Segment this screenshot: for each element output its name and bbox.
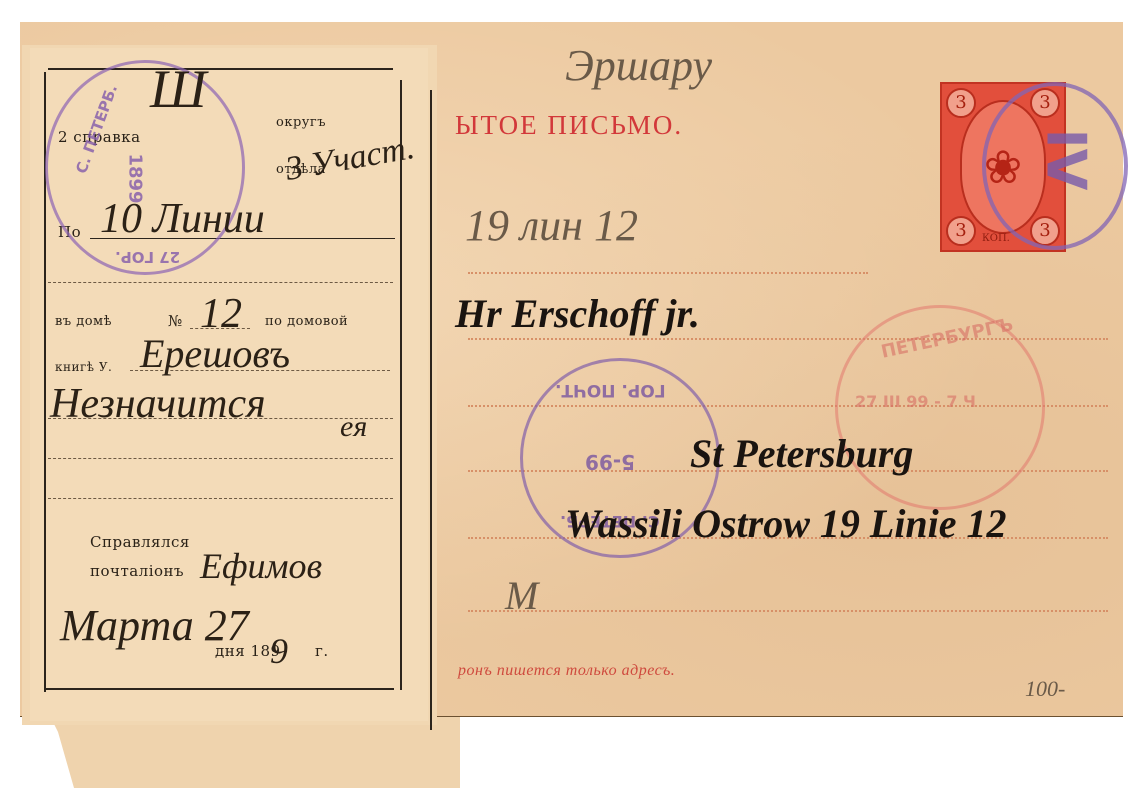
stamp-denomination: 3 <box>946 216 976 246</box>
slip-hand-postman: Ефимов <box>200 545 322 587</box>
slip-rule <box>48 458 393 459</box>
slip-frame-right <box>400 80 402 690</box>
slip-hand-top: Ш <box>150 58 206 120</box>
slip-rule <box>48 282 393 283</box>
slip-hand-po: 10 Линии <box>100 195 265 243</box>
handwriting-city: St Petersburg <box>690 430 913 477</box>
violet-postmark-date: 5-99 <box>585 450 635 474</box>
slip-label-v-dome: въ домѣ <box>55 314 112 329</box>
slip-label-knige: книгѣ У. <box>55 360 112 374</box>
slip-label-po-domovoi: по домовой <box>265 314 348 329</box>
slip-label-number: № <box>168 312 183 330</box>
slip-postmark-bottom: 27 ГОР. <box>115 248 180 266</box>
slip-hand-date: Марта 27 <box>60 600 249 651</box>
slip-frame-bottom <box>44 688 394 690</box>
stamp-denomination: 3 <box>946 88 976 118</box>
slip-label-okrug: округъ <box>276 115 326 130</box>
slip-label-spravlyalsya: Справлялся <box>90 533 190 551</box>
slip-frame-top <box>48 68 393 70</box>
violet-postmark-top: ГОР. ПОЧТ. <box>555 380 666 400</box>
slip-label-g: г. <box>315 642 329 660</box>
address-line <box>468 610 1108 612</box>
postcard-footer-note: ронъ пишется только адресъ. <box>458 662 675 680</box>
handwriting-line-2: 19 лин 12 <box>465 200 638 251</box>
postcard-title: ЫТОЕ ПИСЬМО. <box>455 110 683 141</box>
red-postmark-date: 27 III 99 - 7 Ч <box>855 392 976 411</box>
handwriting-addressee: Hr Erschoff jr. <box>455 290 700 337</box>
handwriting-street: Wassili Ostrow 19 Linie 12 <box>565 500 1007 547</box>
stamp-bottom-text: КОП. <box>982 233 1010 244</box>
slip-hand-year: 9 <box>270 630 288 672</box>
handwriting-top-line: Эршару <box>565 40 712 91</box>
slip-hand-fragment: ея <box>340 410 367 444</box>
numeral-cancel-text: IV <box>1034 129 1097 191</box>
slip-label-pochtalion: почталіонъ <box>90 562 184 580</box>
pencil-price: 100- <box>1025 676 1065 702</box>
address-line <box>468 272 868 274</box>
slip-outer-rule <box>430 90 432 730</box>
slip-hand-note: Незначится <box>50 380 266 428</box>
slip-hand-name: Ерешовъ <box>140 330 290 377</box>
handwriting-note: M <box>505 572 538 619</box>
slip-rule <box>48 498 393 499</box>
